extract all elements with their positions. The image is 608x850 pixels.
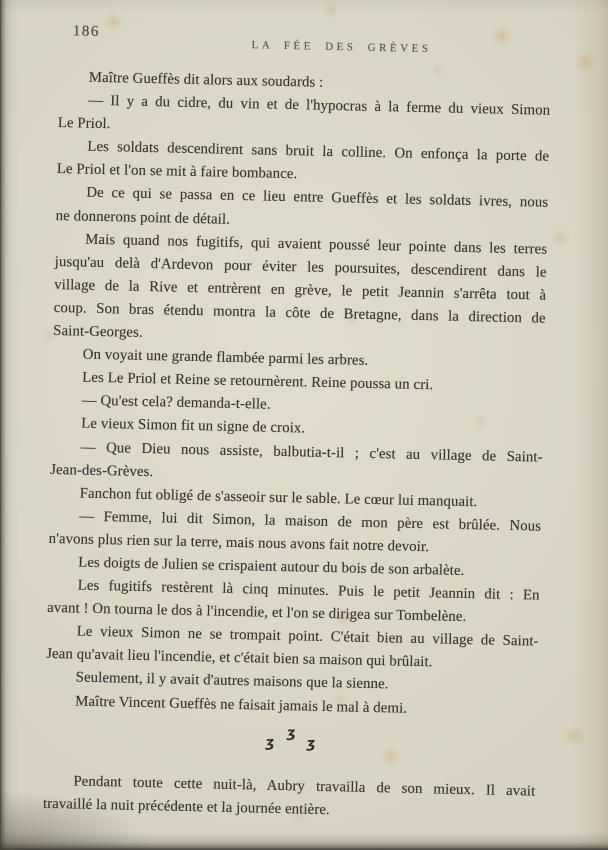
paragraph: Mais quand nos fugitifs, qui avaient pou… [53, 228, 547, 354]
paragraph: Pendant toute cette nuit-là, Aubry trava… [43, 769, 536, 826]
page-content: 186 LA FÉE DES GRÈVES Maître Gueffès dit… [43, 22, 552, 826]
fleuron-glyph: ʒ [286, 725, 296, 741]
fleuron-glyph: ʒ [265, 734, 275, 750]
body-text-after-ornament: Pendant toute cette nuit-là, Aubry trava… [43, 769, 536, 826]
fleuron-glyph: ʒ [306, 735, 316, 751]
book-page-scan: 186 LA FÉE DES GRÈVES Maître Gueffès dit… [0, 0, 608, 850]
body-text-before-ornament: Maître Gueffès dit alors aux soudards :—… [45, 66, 551, 723]
running-title: LA FÉE DES GRÈVES [95, 23, 587, 59]
